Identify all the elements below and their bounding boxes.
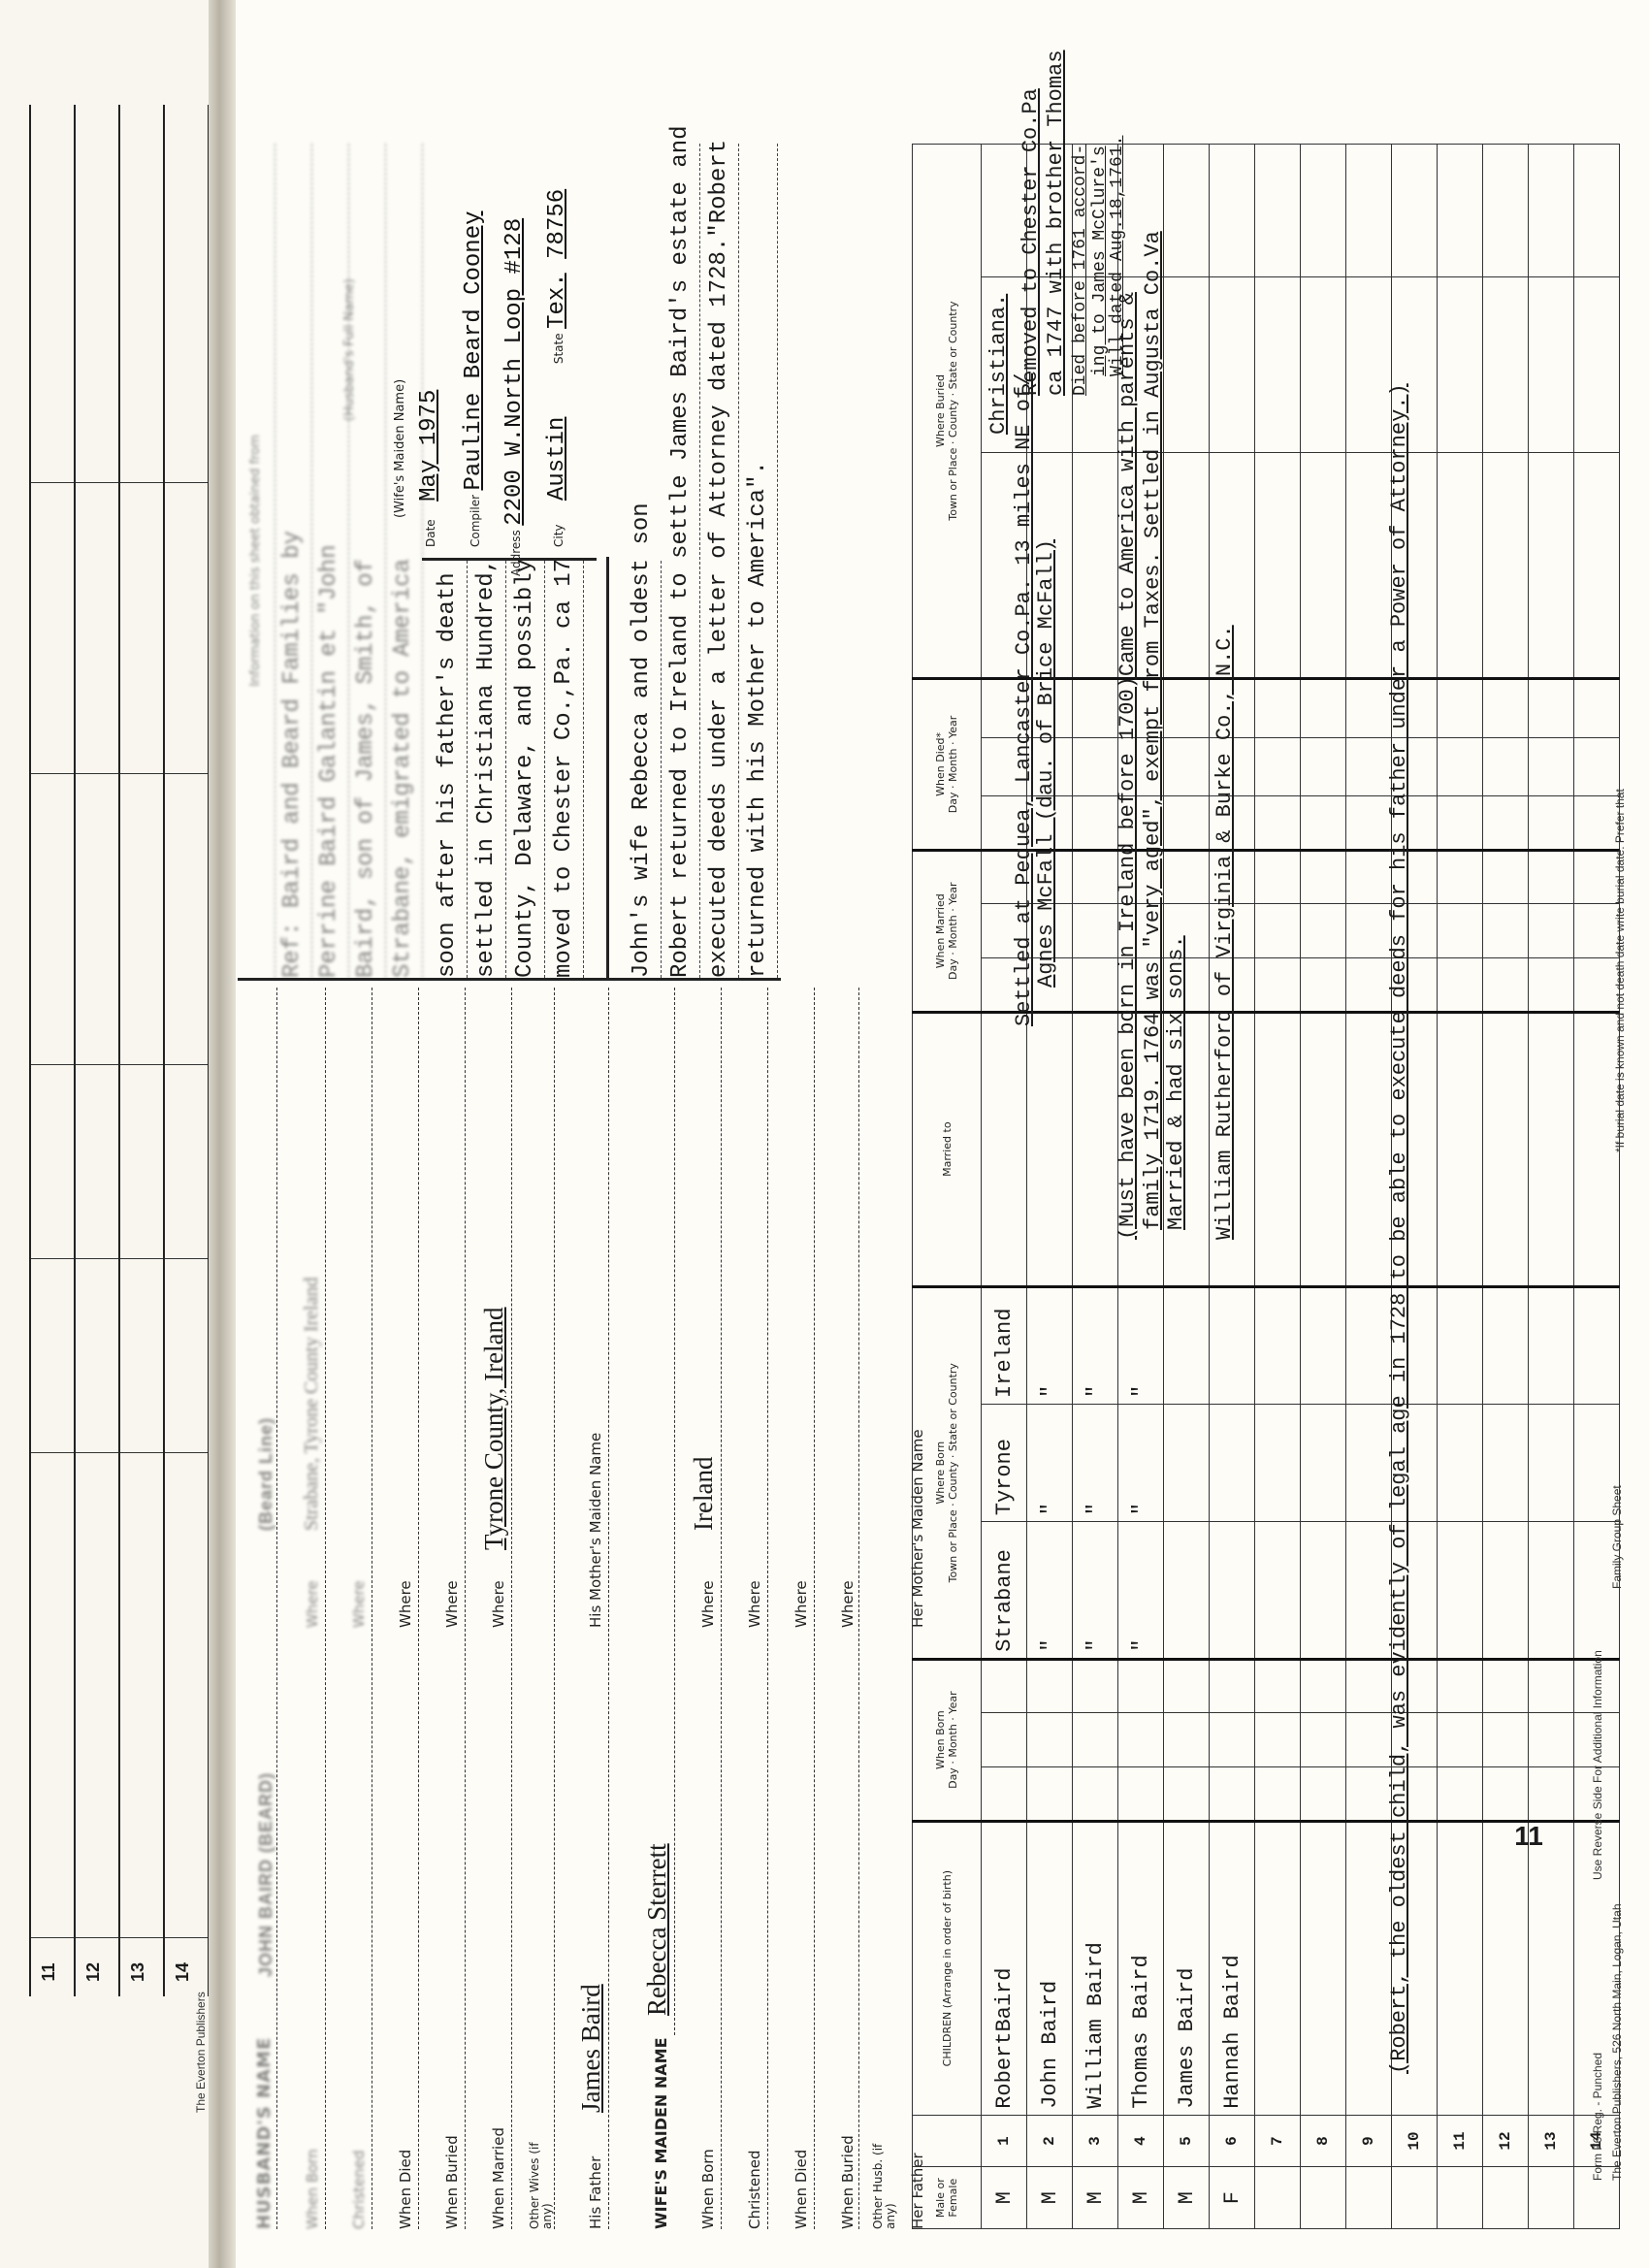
- header-when-married: When MarriedDay · Month · Year: [913, 850, 982, 1012]
- buried-country: [1438, 145, 1483, 277]
- born-country: [1301, 1286, 1346, 1404]
- child-number: 6: [1210, 2115, 1255, 2167]
- christened-label: Christened: [350, 2151, 368, 2230]
- child-sex: [1346, 2167, 1392, 2229]
- born-country: ": [1118, 1286, 1164, 1404]
- married-day: [1301, 958, 1346, 1013]
- buried-country: [1301, 145, 1346, 277]
- married-day: [1483, 958, 1529, 1013]
- died-year: [1255, 678, 1301, 737]
- born-year: [982, 1659, 1027, 1713]
- child-number: 1: [982, 2115, 1027, 2167]
- info-line: settled in Christiana Hundred, Newcastle: [469, 561, 506, 978]
- born-country: [1255, 1286, 1301, 1404]
- where-label: Where: [443, 1580, 461, 1628]
- previous-page-row: 14: [163, 105, 210, 1996]
- buried-town: [1483, 453, 1529, 678]
- annotation-row2-3-ca1747: ca 1747 with brother Thomas: [1044, 50, 1068, 396]
- died-day: [1073, 796, 1118, 851]
- born-month: [1073, 1713, 1118, 1767]
- his-father: James Baird: [576, 1984, 606, 2113]
- married-to: [1073, 1012, 1118, 1286]
- buried-country: [1346, 145, 1392, 277]
- died-month: [1483, 737, 1529, 796]
- born-day: [1255, 1766, 1301, 1821]
- born-month: [982, 1713, 1027, 1767]
- born-town: ": [1027, 1522, 1073, 1660]
- row-number: 14: [173, 1948, 193, 1996]
- compiler-state: Tex.: [544, 273, 570, 329]
- died-year: [1574, 678, 1620, 737]
- married-to: [982, 1012, 1027, 1286]
- born-month: [1210, 1713, 1255, 1767]
- born-country: [1438, 1286, 1483, 1404]
- previous-page-row: 12: [74, 105, 118, 1996]
- compiler-label: Compiler: [469, 495, 482, 547]
- born-country: [1574, 1286, 1620, 1404]
- child-sex: M: [1073, 2167, 1118, 2229]
- died-month: [1301, 737, 1346, 796]
- wife-born-where: Ireland: [689, 1457, 719, 1531]
- died-month: [1438, 737, 1483, 796]
- born-day: [1483, 1766, 1529, 1821]
- born-country: [1483, 1286, 1529, 1404]
- husband-born-row: When Born Where Strabane, Tyrone County …: [284, 988, 327, 2229]
- born-town: [1346, 1522, 1392, 1660]
- previous-page-rows: 11 12 13 14: [29, 105, 213, 1996]
- form-code: Form F6 Reg. - Punched: [1591, 2053, 1604, 2181]
- married-year: [1073, 850, 1118, 904]
- burial-footnote: *If burial date is known and not death d…: [1613, 789, 1627, 1152]
- born-month: [1164, 1713, 1210, 1767]
- husband-full-name-label: (Husband's Full Name): [342, 278, 357, 421]
- where-label: Where: [490, 1580, 507, 1628]
- buried-county: [1255, 276, 1301, 453]
- buried-town: [1301, 453, 1346, 678]
- buried-county: [1164, 276, 1210, 453]
- born-county: [1438, 1404, 1483, 1521]
- married-day: [1346, 958, 1392, 1013]
- annotation-row5-married: Married & had six sons.: [1164, 935, 1188, 1230]
- where-label: Where: [839, 1580, 857, 1628]
- compiler-zip: 78756: [544, 189, 570, 259]
- child-number: 3: [1073, 2115, 1118, 2167]
- annotation-row2-removed: Removed to Chester Co.Pa: [1018, 88, 1043, 396]
- born-month: [1027, 1713, 1073, 1767]
- child-sex: [1438, 2167, 1483, 2229]
- died-day: [1483, 796, 1529, 851]
- born-day: [1164, 1766, 1210, 1821]
- wife-name: Rebecca Sterrett: [642, 1843, 672, 2016]
- born-year: [1301, 1659, 1346, 1713]
- child-name: [1255, 1821, 1301, 2115]
- born-year: [1529, 1659, 1574, 1713]
- married-day: [1529, 958, 1574, 1013]
- when-married-label: When Married: [490, 2127, 507, 2229]
- header-sex: Male or Female: [913, 2167, 982, 2229]
- born-month: [1438, 1713, 1483, 1767]
- row-number: 11: [39, 1948, 59, 1996]
- died-year: [1529, 678, 1574, 737]
- born-county: ": [1027, 1404, 1073, 1521]
- born-county: ": [1118, 1404, 1164, 1521]
- married-month: [1301, 904, 1346, 958]
- born-county: [1164, 1404, 1210, 1521]
- child-sex: [1392, 2167, 1438, 2229]
- died-month: [1346, 737, 1392, 796]
- born-country: ": [1027, 1286, 1073, 1404]
- died-day: [1438, 796, 1483, 851]
- died-day: [1164, 796, 1210, 851]
- buried-country: [1392, 145, 1438, 277]
- married-to: [1346, 1012, 1392, 1286]
- married-month: [1438, 904, 1483, 958]
- child-name: [1529, 1821, 1574, 2115]
- header-when-born: When BornDay · Month · Year: [913, 1659, 982, 1821]
- buried-country: [1483, 145, 1529, 277]
- city-label: City: [552, 524, 566, 547]
- table-row: M3William Baird""": [1073, 145, 1118, 2229]
- died-day: [1346, 796, 1392, 851]
- born-town: ": [1073, 1522, 1118, 1660]
- child-number: 5: [1164, 2115, 1210, 2167]
- husband-christened-row: Christened Where: [331, 988, 373, 2229]
- born-country: ": [1073, 1286, 1118, 1404]
- info-line: returned with his Mother to America".: [740, 144, 778, 978]
- child-number: 9: [1346, 2115, 1392, 2167]
- info-line: executed deeds under a letter of Attorne…: [701, 144, 739, 978]
- born-country: [1210, 1286, 1255, 1404]
- compiler-city: Austin: [544, 417, 570, 501]
- born-county: ": [1073, 1404, 1118, 1521]
- annotation-row10-robert: (Robert, the oldest child, was evidently…: [1387, 383, 1411, 2074]
- child-sex: M: [1118, 2167, 1164, 2229]
- born-day: [982, 1766, 1027, 1821]
- buried-town: [1346, 453, 1392, 678]
- buried-county: [1529, 276, 1574, 453]
- married-year: [1438, 850, 1483, 904]
- born-country: [1529, 1286, 1574, 1404]
- husband-married-where: Tyrone County, Ireland: [479, 1307, 509, 1550]
- annotation-row4-family: family 1719. 1764 was "very aged", exemp…: [1141, 231, 1165, 1230]
- born-year: [1483, 1659, 1529, 1713]
- wife-born-row: When Born Where Ireland: [680, 988, 723, 2229]
- where-label: Where: [350, 1580, 368, 1628]
- buried-county: [1301, 276, 1346, 453]
- born-town: ": [1118, 1522, 1164, 1660]
- child-sex: M: [1027, 2167, 1073, 2229]
- annotation-row1-2-settled: Settled at Pequea, Lancaster Co.Pa. 13 m…: [1012, 373, 1036, 1026]
- info-line: soon after his father's death and: [430, 561, 468, 978]
- when-buried-label: When Buried: [443, 2135, 461, 2229]
- wife-christened-row: Christened Where: [727, 988, 769, 2229]
- where-label: Where: [746, 1580, 763, 1628]
- born-day: [1301, 1766, 1346, 1821]
- died-year: [1483, 678, 1529, 737]
- child-name: RobertBaird: [982, 1821, 1027, 2115]
- born-year: [1027, 1659, 1073, 1713]
- born-county: [1483, 1404, 1529, 1521]
- date-label: Date: [424, 519, 437, 547]
- born-town: [1438, 1522, 1483, 1660]
- born-town: [1255, 1522, 1301, 1660]
- annotation-row4-must: (Must have been born in Ireland before 1…: [1115, 292, 1140, 1240]
- compiler-date: May 1975: [416, 390, 442, 502]
- wife-maiden-name-label: (Wife's Maiden Name): [393, 379, 407, 518]
- born-country: [1346, 1286, 1392, 1404]
- born-year: [1438, 1659, 1483, 1713]
- husband-married-row: When Married Where Tyrone County, Irelan…: [470, 988, 513, 2229]
- row-number: 13: [128, 1948, 148, 1996]
- info-line: Robert returned to Ireland to settle Jam…: [663, 144, 700, 978]
- wife-name-row: WIFE'S MAIDEN NAME Rebecca Sterrett: [633, 988, 676, 2229]
- born-day: [1438, 1766, 1483, 1821]
- children-table-header: Male or Female CHILDREN (Arrange in orde…: [913, 145, 982, 2229]
- buried-town: [1574, 453, 1620, 678]
- his-father-label: His Father: [587, 2156, 604, 2229]
- child-number: 13: [1529, 2115, 1574, 2167]
- married-month: [1073, 904, 1118, 958]
- state-label: State: [552, 333, 566, 364]
- married-to: [1529, 1012, 1574, 1286]
- family-group-sheet: 11 12 13 14 The Everton Publishers HUSBA…: [0, 0, 1649, 2268]
- previous-page-footer: The Everton Publishers: [194, 1992, 208, 2113]
- born-town: Strabane: [982, 1522, 1027, 1660]
- form-footer: Family Group Sheet: [1610, 1485, 1624, 1589]
- buried-town: [1255, 453, 1301, 678]
- annotation-row3-died2: ing to James McClure's: [1090, 146, 1110, 376]
- buried-town: [1438, 453, 1483, 678]
- buried-county: [1483, 276, 1529, 453]
- born-year: [1164, 1659, 1210, 1713]
- born-day: [1346, 1766, 1392, 1821]
- died-day: [1255, 796, 1301, 851]
- info-line: moved to Chester Co.,Pa. ca 1729.: [546, 561, 584, 978]
- child-number: 7: [1255, 2115, 1301, 2167]
- row-number: 12: [83, 1948, 104, 1996]
- died-year: [1301, 678, 1346, 737]
- died-year: [1438, 678, 1483, 737]
- annotation-row2-agnes: Agnes McFall (dau. of Brice McFall): [1034, 539, 1058, 988]
- when-buried-label: When Buried: [839, 2135, 857, 2229]
- husband-died-row: When Died Where: [377, 988, 420, 2229]
- married-day: [1438, 958, 1483, 1013]
- previous-page-row: 11: [29, 105, 74, 1996]
- table-row: 7: [1255, 145, 1301, 2229]
- book-gutter: [209, 0, 236, 2268]
- previous-page-strip: 11 12 13 14 The Everton Publishers: [0, 0, 213, 2268]
- info-line: John's wife Rebecca and oldest son: [624, 561, 662, 978]
- born-county: [1301, 1404, 1346, 1521]
- header-married-to: Married to: [913, 1012, 982, 1286]
- table-row: 12: [1483, 145, 1529, 2229]
- table-row: 13: [1529, 145, 1574, 2229]
- table-row: 11: [1438, 145, 1483, 2229]
- husband-born-where: Strabane, Tyrone County Ireland: [301, 1278, 323, 1532]
- child-sex: F: [1210, 2167, 1255, 2229]
- died-month: [1574, 737, 1620, 796]
- born-town: [1210, 1522, 1255, 1660]
- buried-county: [1210, 276, 1255, 453]
- compiler-box: (Husband's Full Name) (Wife's Maiden Nam…: [238, 144, 597, 557]
- wife-name-label: WIFE'S MAIDEN NAME: [652, 2037, 670, 2229]
- child-name: William Baird: [1073, 1821, 1118, 2115]
- buried-county: [1574, 276, 1620, 453]
- christened-label: Christened: [746, 2151, 763, 2230]
- child-name: James Baird: [1164, 1821, 1210, 2115]
- header-where-born: Where BornTown or Place · County · State…: [913, 1286, 982, 1659]
- compiler-address: 2200 W.North Loop #128: [501, 218, 528, 526]
- buried-town: [1529, 453, 1574, 678]
- buried-county: [1346, 276, 1392, 453]
- buried-country: [1574, 145, 1620, 277]
- married-to: [1027, 1012, 1073, 1286]
- buried-country: [1255, 145, 1301, 277]
- child-number: 12: [1483, 2115, 1529, 2167]
- born-month: [1301, 1713, 1346, 1767]
- born-day: [1027, 1766, 1073, 1821]
- born-country: [1164, 1286, 1210, 1404]
- child-sex: [1529, 2167, 1574, 2229]
- born-county: [1255, 1404, 1301, 1521]
- info-line: County, Delaware, and possibly: [507, 561, 545, 978]
- annotation-row3-died: Died before 1761 accord-: [1071, 145, 1090, 396]
- husband-name-row: HUSBAND'S NAME JOHN BAIRD (BEARD) (Beard…: [238, 988, 280, 2229]
- born-town: [1164, 1522, 1210, 1660]
- buried-country: [1210, 145, 1255, 277]
- where-label: Where: [304, 1580, 321, 1628]
- buried-town: [1164, 453, 1210, 678]
- address-label: Address: [509, 530, 523, 576]
- married-month: [1529, 904, 1574, 958]
- child-name: John Baird: [1027, 1821, 1073, 2115]
- husband-name-label: HUSBAND'S NAME: [254, 2037, 275, 2229]
- died-month: [1073, 737, 1118, 796]
- compiler-name: Pauline Beard Cooney: [461, 211, 487, 490]
- married-day: [1255, 958, 1301, 1013]
- born-year: [1346, 1659, 1392, 1713]
- child-name: Hannah Baird: [1210, 1821, 1255, 2115]
- when-died-label: When Died: [397, 2150, 414, 2229]
- died-day: [1529, 796, 1574, 851]
- born-county: [1346, 1404, 1392, 1521]
- header-children: CHILDREN (Arrange in order of birth): [913, 1821, 982, 2115]
- married-to: [1255, 1012, 1301, 1286]
- born-town: [1529, 1522, 1574, 1660]
- died-month: [1529, 737, 1574, 796]
- husband-parents-row: His Father James Baird His Mother's Maid…: [567, 988, 610, 2229]
- where-label: Where: [792, 1580, 810, 1628]
- born-county: [1529, 1404, 1574, 1521]
- married-to: [1301, 1012, 1346, 1286]
- died-day: [1301, 796, 1346, 851]
- died-month: [1255, 737, 1301, 796]
- buried-country: [1164, 145, 1210, 277]
- born-country: Ireland: [982, 1286, 1027, 1404]
- when-born-label: When Born: [699, 2149, 717, 2229]
- married-day: [1073, 958, 1118, 1013]
- died-month: [1164, 737, 1210, 796]
- born-month: [1255, 1713, 1301, 1767]
- born-county: Tyrone: [982, 1404, 1027, 1521]
- child-sex: [1255, 2167, 1301, 2229]
- married-year: [1483, 850, 1529, 904]
- when-died-label: When Died: [792, 2150, 810, 2229]
- born-month: [1529, 1713, 1574, 1767]
- born-year: [1073, 1659, 1118, 1713]
- where-label: Where: [397, 1580, 414, 1628]
- married-to: [1438, 1012, 1483, 1286]
- child-number: 10: [1392, 2115, 1438, 2167]
- married-month: [1346, 904, 1392, 958]
- born-month: [1483, 1713, 1529, 1767]
- husband-name-suffix: (Beard Line): [256, 1417, 276, 1531]
- husband-name: JOHN BAIRD (BEARD): [256, 1772, 276, 1977]
- child-name: [1301, 1821, 1346, 2115]
- child-number: 2: [1027, 2115, 1073, 2167]
- born-day: [1529, 1766, 1574, 1821]
- married-year: [1164, 850, 1210, 904]
- child-name: Thomas Baird: [1118, 1821, 1164, 2115]
- born-day: [1210, 1766, 1255, 1821]
- wife-died-row: When Died Where: [773, 988, 816, 2229]
- married-month: [1483, 904, 1529, 958]
- where-label: Where: [699, 1580, 717, 1628]
- previous-page-row: 13: [118, 105, 163, 1996]
- annotation-row1-christiana: Christiana.: [986, 294, 1011, 435]
- wife-buried-row: When Buried Where: [820, 988, 862, 2229]
- married-year: [1529, 850, 1574, 904]
- his-mother-label: His Mother's Maiden Name: [587, 1433, 604, 1628]
- died-year: [1164, 678, 1210, 737]
- died-year: [1346, 678, 1392, 737]
- table-row: 9: [1346, 145, 1392, 2229]
- child-name: [1438, 1821, 1483, 2115]
- child-sex: [1483, 2167, 1529, 2229]
- husband-buried-row: When Buried Where: [424, 988, 467, 2229]
- married-year: [1255, 850, 1301, 904]
- buried-country: [1529, 145, 1574, 277]
- born-month: [1346, 1713, 1392, 1767]
- side-instruction: Use Reverse Side For Additional Informat…: [1591, 1650, 1604, 1880]
- born-county: [1210, 1404, 1255, 1521]
- married-year: [1346, 850, 1392, 904]
- child-sex: [1301, 2167, 1346, 2229]
- page-number: 11: [1514, 1821, 1543, 1852]
- married-year: [1301, 850, 1346, 904]
- born-town: [1483, 1522, 1529, 1660]
- when-born-label: When Born: [304, 2149, 321, 2229]
- born-year: [1210, 1659, 1255, 1713]
- publisher-footer: The Everton Publishers, 526 North Main, …: [1610, 1904, 1624, 2182]
- child-name: [1483, 1821, 1529, 2115]
- born-day: [1118, 1766, 1164, 1821]
- other-wives-label: Other Wives (if any): [529, 2142, 554, 2229]
- died-year: [1073, 678, 1118, 737]
- header-when-died: When Died*Day · Month · Year: [913, 678, 982, 850]
- table-row: 8: [1301, 145, 1346, 2229]
- header-where-buried: Where BuriedTown or Place · County · Sta…: [913, 145, 982, 679]
- born-year: [1118, 1659, 1164, 1713]
- born-town: [1301, 1522, 1346, 1660]
- married-to: [1483, 1012, 1529, 1286]
- child-number: 8: [1301, 2115, 1346, 2167]
- born-year: [1255, 1659, 1301, 1713]
- buried-town: [1073, 453, 1118, 678]
- buried-county: [1438, 276, 1483, 453]
- child-number: 11: [1438, 2115, 1483, 2167]
- married-month: [1255, 904, 1301, 958]
